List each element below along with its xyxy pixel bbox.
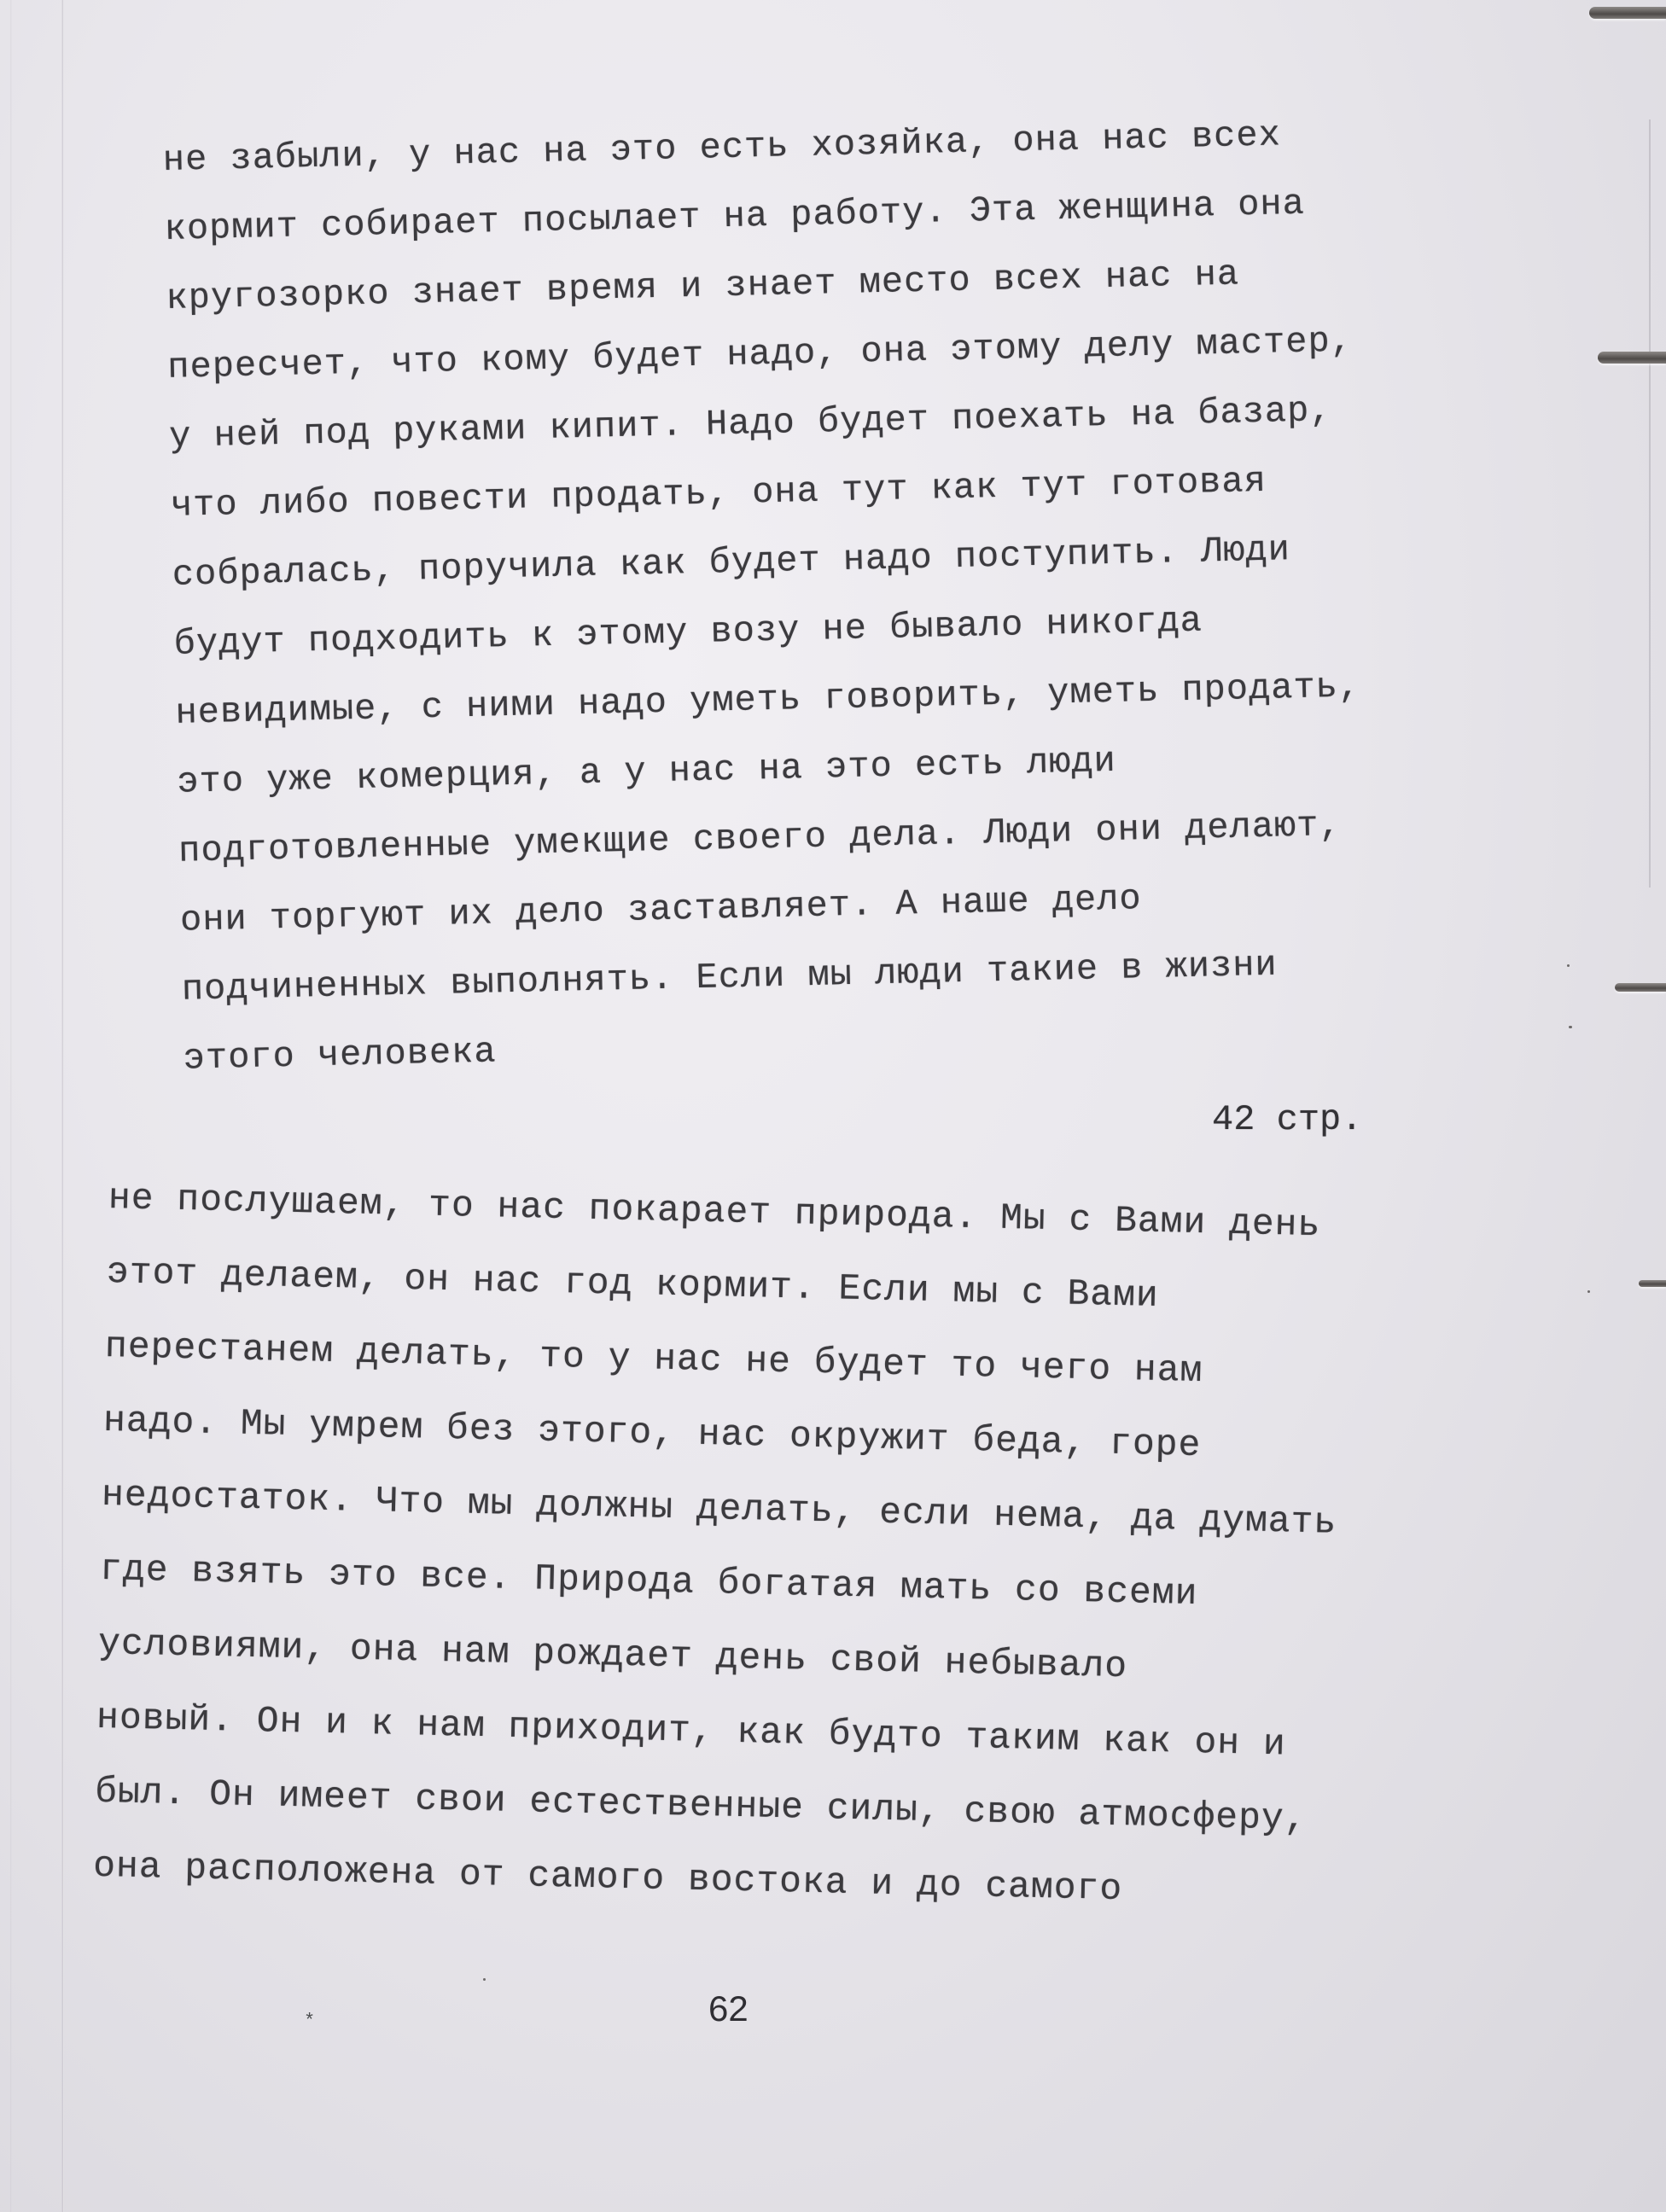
typed-text-block-bottom: не послушаем, то нас покарает природа. М… [92,1161,1344,1931]
binding-tab-icon [1598,352,1666,364]
source-page-marker: 42 стр. [1212,1099,1362,1140]
binding-tab-icon [1615,983,1666,992]
underlying-page-edge [1649,119,1651,888]
binding-tab-icon [1589,7,1666,19]
paper-speck [1567,964,1570,967]
ink-smudge-icon: * [304,2011,315,2032]
typed-text-block-top: не забыли, у нас на это есть хозяйка, он… [162,99,1369,1093]
paper-speck [483,1978,486,1981]
page-number: 62 [708,1988,749,2029]
binding-tab-icon [1639,1280,1666,1287]
paper-page: не забыли, у нас на это есть хозяйка, он… [0,0,1666,2212]
paper-speck [1587,1290,1590,1293]
paper-speck [1569,1026,1572,1028]
paper-fold-line [10,0,12,2212]
paper-fold-line [61,0,64,2212]
